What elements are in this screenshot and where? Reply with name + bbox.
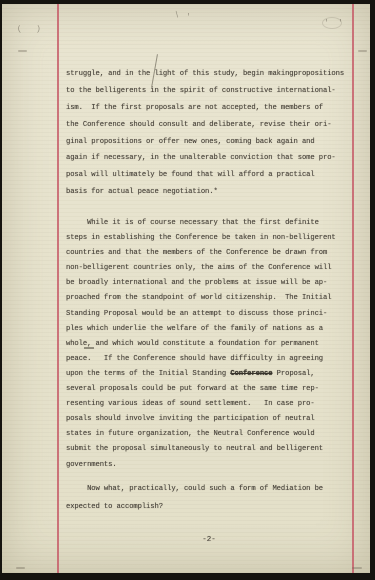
text-line: Standing Proposal would be an attempt to… — [66, 307, 358, 322]
text-line: the Conference should consult and delibe… — [66, 117, 358, 134]
text-line: steps in establishing the Conference be … — [66, 231, 358, 246]
line-segment: upon the terms of the Initial Standing — [66, 370, 230, 378]
text-line: submit the proposal simultaneously to ne… — [66, 442, 358, 457]
text-line: expected to accomplish? — [66, 499, 358, 517]
edge-smudge-right — [358, 50, 367, 52]
pencil-tick-top-left-2: ) — [36, 26, 41, 34]
struck-word: Conference — [230, 370, 272, 378]
text-line: states in future organization, the Neutr… — [66, 427, 358, 442]
text-line: While it is of course necessary that the… — [66, 216, 358, 231]
text-line: non-belligerent countries only, the aims… — [66, 261, 358, 276]
text-line: ples which underlie the welfare of the f… — [66, 322, 358, 337]
pencil-tick-top-right-1: ' — [324, 20, 329, 28]
pencil-tick-top-center-2: ' — [186, 14, 191, 22]
text-line: ism. If the first proposals are not acce… — [66, 100, 358, 117]
text-line: whole, and which would constitute a foun… — [66, 337, 358, 352]
text-line: struggle, and in the light of this study… — [66, 66, 358, 83]
page-number: -2- — [66, 536, 352, 544]
text-line: Now what, practically, could such a form… — [66, 481, 358, 499]
text-line: be broadly international and the problem… — [66, 276, 358, 291]
typed-paragraph: struggle, and in the light of this study… — [66, 66, 358, 201]
text-line: again if necessary, in the unalterable c… — [66, 150, 358, 167]
text-line: ginal propositions or offer new ones, co… — [66, 134, 358, 151]
document-page: ()\''' struggle, and in the light of thi… — [2, 4, 370, 573]
text-line: countries and that the members of the Co… — [66, 246, 358, 261]
text-line: basis for actual peace negotiation.* — [66, 184, 358, 201]
text-line: posal will ultimately be found that will… — [66, 167, 358, 184]
left-margin-rule — [57, 4, 59, 573]
typed-paragraph: While it is of course necessary that the… — [66, 216, 358, 473]
text-line: several proposals could be put forward a… — [66, 382, 358, 397]
pencil-tick-top-left-1: ( — [17, 26, 23, 34]
edge-smudge-bottom-right — [352, 567, 362, 569]
text-line: resenting various ideas of sound settlem… — [66, 397, 358, 412]
line-segment: Proposal, — [272, 370, 314, 378]
typed-paragraph: Now what, practically, could such a form… — [66, 481, 358, 516]
text-line: governments. — [66, 458, 358, 473]
text-line: to the belligerents in the spirit of con… — [66, 83, 358, 100]
text-line: peace. If the Conference should have dif… — [66, 352, 358, 367]
pencil-tick-top-right-2: ' — [338, 20, 343, 28]
pencil-tick-top-center-1: \ — [173, 12, 180, 21]
text-line: upon the terms of the Initial Standing C… — [66, 367, 358, 382]
edge-smudge-bottom-left — [16, 567, 25, 569]
text-line: proached from the standpoint of world ci… — [66, 291, 358, 306]
edge-smudge-left — [18, 50, 27, 52]
text-line: posals should involve inviting the parti… — [66, 412, 358, 427]
